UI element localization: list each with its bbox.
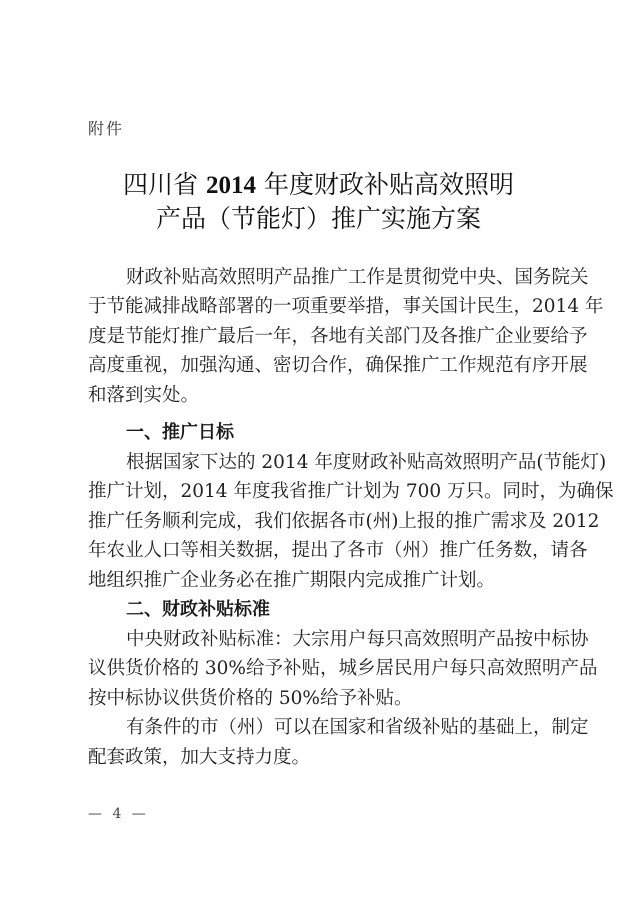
- text-line: 高度重视，加强沟通、密切合作，确保推广工作规范有序开展: [88, 351, 554, 381]
- text-line: 和落到实处。: [88, 381, 554, 411]
- text-line: 地组织推广企业务必在推广期限内完成推广计划。: [88, 566, 554, 596]
- page-number: — 4 —: [88, 806, 149, 822]
- text-line: 推广任务顺利完成，我们依据各市(州)上报的推广需求及 2012: [88, 507, 554, 537]
- text-line: 议供货价格的 30%给予补贴，城乡居民用户每只高效照明产品: [88, 654, 554, 684]
- text-line: 中央财政补贴标准：大宗用户每只高效照明产品按中标协: [126, 625, 554, 655]
- document-title-line-2: 产品（节能灯）推广实施方案: [0, 202, 637, 236]
- text-line: 于节能减排战略部署的一项重要举措，事关国计民生，2014 年: [88, 292, 554, 322]
- text-line: 度是节能灯推广最后一年，各地有关部门及各推广企业要给予: [88, 322, 554, 352]
- title-year: 2014: [206, 172, 256, 199]
- section-heading: 一、推广日标: [126, 418, 234, 448]
- attachment-label: 附件: [88, 116, 124, 139]
- document-page: 附件 四川省 2014 年度财政补贴高效照明 产品（节能灯）推广实施方案 财政补…: [0, 0, 637, 900]
- section-heading: 二、财政补贴标准: [126, 595, 270, 625]
- text-line: 年农业人口等相关数据，提出了各市（州）推广任务数，请各: [88, 536, 554, 566]
- text-line: 按中标协议供货价格的 50%给予补贴。: [88, 684, 554, 714]
- text-line: 财政补贴高效照明产品推广工作是贯彻党中央、国务院关: [126, 263, 554, 293]
- text-line: 有条件的市（州）可以在国家和省级补贴的基础上，制定: [126, 713, 554, 743]
- text-line: 根据国家下达的 2014 年度财政补贴高效照明产品(节能灯): [126, 448, 554, 478]
- title-suffix: 年度财政补贴高效照明: [264, 170, 514, 199]
- text-line: 推广计划，2014 年度我省推广计划为 700 万只。同时，为确保: [88, 477, 554, 507]
- document-title-line-1: 四川省 2014 年度财政补贴高效照明: [0, 168, 637, 203]
- title-prefix: 四川省: [123, 170, 198, 199]
- text-line: 配套政策，加大支持力度。: [88, 743, 554, 773]
